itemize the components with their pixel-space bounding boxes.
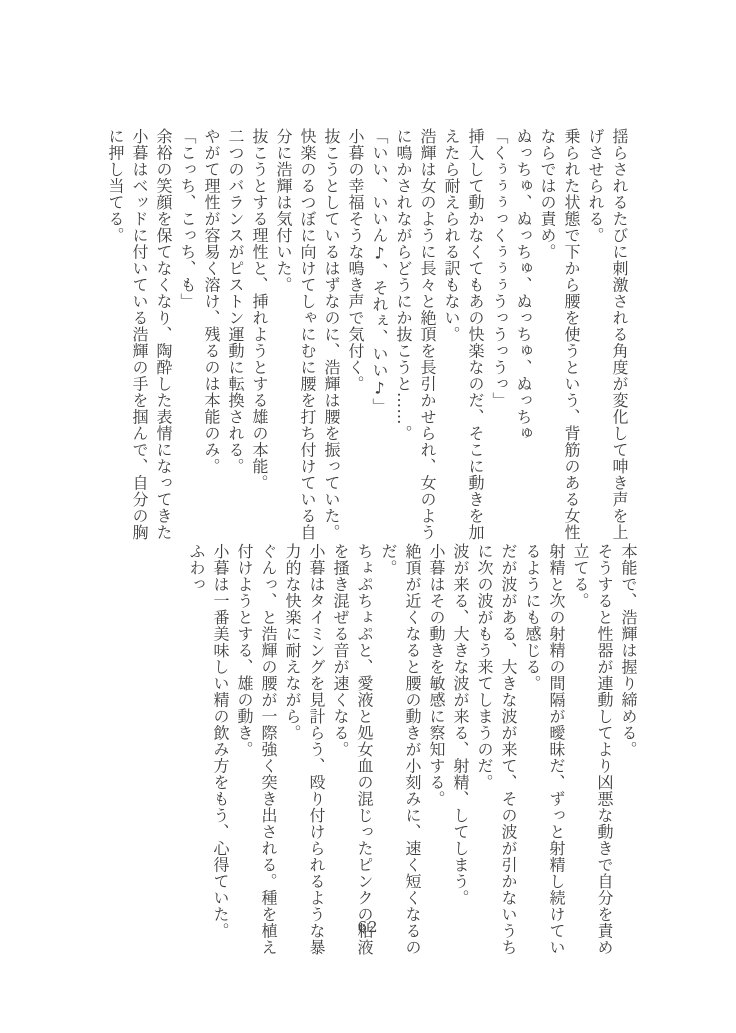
text-line: 立てる。 [568,543,592,943]
text-line: だ。 [376,543,400,943]
text-line: ふわっ [184,543,208,943]
text-line: 付けようとする、雄の動き。 [232,543,256,943]
text-line: 二つのバランスがピストン運動に転換される。 [223,128,247,528]
text-line: を搔き混ぜる音が速くなる。 [328,543,352,943]
text-line: 挿入して動かなくてもあの快楽なのだ、そこに動きを加 [463,128,487,528]
text-line: 浩輝は女のように長々と絶頂を長引かせられ、女のよう [415,128,439,528]
text-line: 乗られた状態で下から腰を使うという、背筋のある女性 [559,128,583,528]
text-line: 力的な快楽に耐えながら。 [280,543,304,943]
text-line: げさせられる。 [583,128,607,528]
text-line: 小暮はタイミングを見計らう、殴り付けられるような暴 [304,543,328,943]
text-line: ちょぷちょぷと、愛液と処女血の混じったピンクの粘液 [352,543,376,943]
text-line: そうすると性器が連動してより凶悪な動きで自分を責め [592,543,616,943]
text-line: 抜こうとしているはずなのに、浩輝は腰を振っていた。 [319,128,343,528]
text-line: 小暮は一番美味しい精の飲み方をもう、心得ていた。 [208,543,232,943]
text-line: やがて理性が容易く溶け、残るのは本能のみ。 [199,128,223,528]
text-line: えたら耐えられる訳もない。 [439,128,463,528]
text-line: 本能で、浩輝は握り締める。 [616,543,640,943]
page-number: 62 [0,918,736,936]
text-line: ぐんっ、と浩輝の腰が一際強く突き出される。種を植え [256,543,280,943]
text-line: に押し当てる。 [103,128,127,528]
text-line: 小暮の幸福そうな鳴き声で気付く。 [343,128,367,528]
text-line: 小暮はベッドに付いている浩輝の手を掴んで、自分の胸 [127,128,151,528]
text-line: 分に浩輝は気付いた。 [271,128,295,528]
text-line: 絶頂が近くなると腰の動きが小刻みに、速く短くなるの [400,543,424,943]
text-block-top: 揺らされるたびに刺激される角度が変化して呻き声を上げさせられる。乗られた状態で下… [103,128,631,528]
text-line: に鳴かされながらどうにか抜こうと……。 [391,128,415,528]
text-line: るようにも感じる。 [520,543,544,943]
text-line: 「こっち、こっち、も」 [175,128,199,528]
text-line: 射精と次の射精の間隔が曖昧だ、ずっと射精し続けてい [544,543,568,943]
text-block-bottom: 本能で、浩輝は握り締める。そうすると性器が連動してより凶悪な動きで自分を責め立て… [184,543,640,943]
text-line: 「いい、いいん♪、それぇ、いい♪」 [367,128,391,528]
text-line: ならではの責め。 [535,128,559,528]
text-line: 小暮はその動きを敏感に察知する。 [424,543,448,943]
text-line: だが波がある、大きな波が来て、その波が引かないうち [496,543,520,943]
scanned-book-page: 揺らされるたびに刺激される角度が変化して呻き声を上げさせられる。乗られた状態で下… [0,0,736,1033]
text-line: 快楽のるつぼに向けてしゃにむに腰を打ち付けている自 [295,128,319,528]
text-line: 「くぅぅぅっくぅぅぅうっうっうっ」 [487,128,511,528]
text-line: 揺らされるたびに刺激される角度が変化して呻き声を上 [607,128,631,528]
text-line: に次の波がもう来てしまうのだ。 [472,543,496,943]
text-line: 波が来る、大きな波が来る、射精、してしまう。 [448,543,472,943]
text-line: ぬっちゅ、ぬっちゅ、ぬっちゅ、ぬっちゅ [511,128,535,528]
text-line: 抜こうとする理性と、挿れようとする雄の本能。 [247,128,271,528]
text-line: 余裕の笑顔を保てなくなり、陶酔した表情になってきた [151,128,175,528]
